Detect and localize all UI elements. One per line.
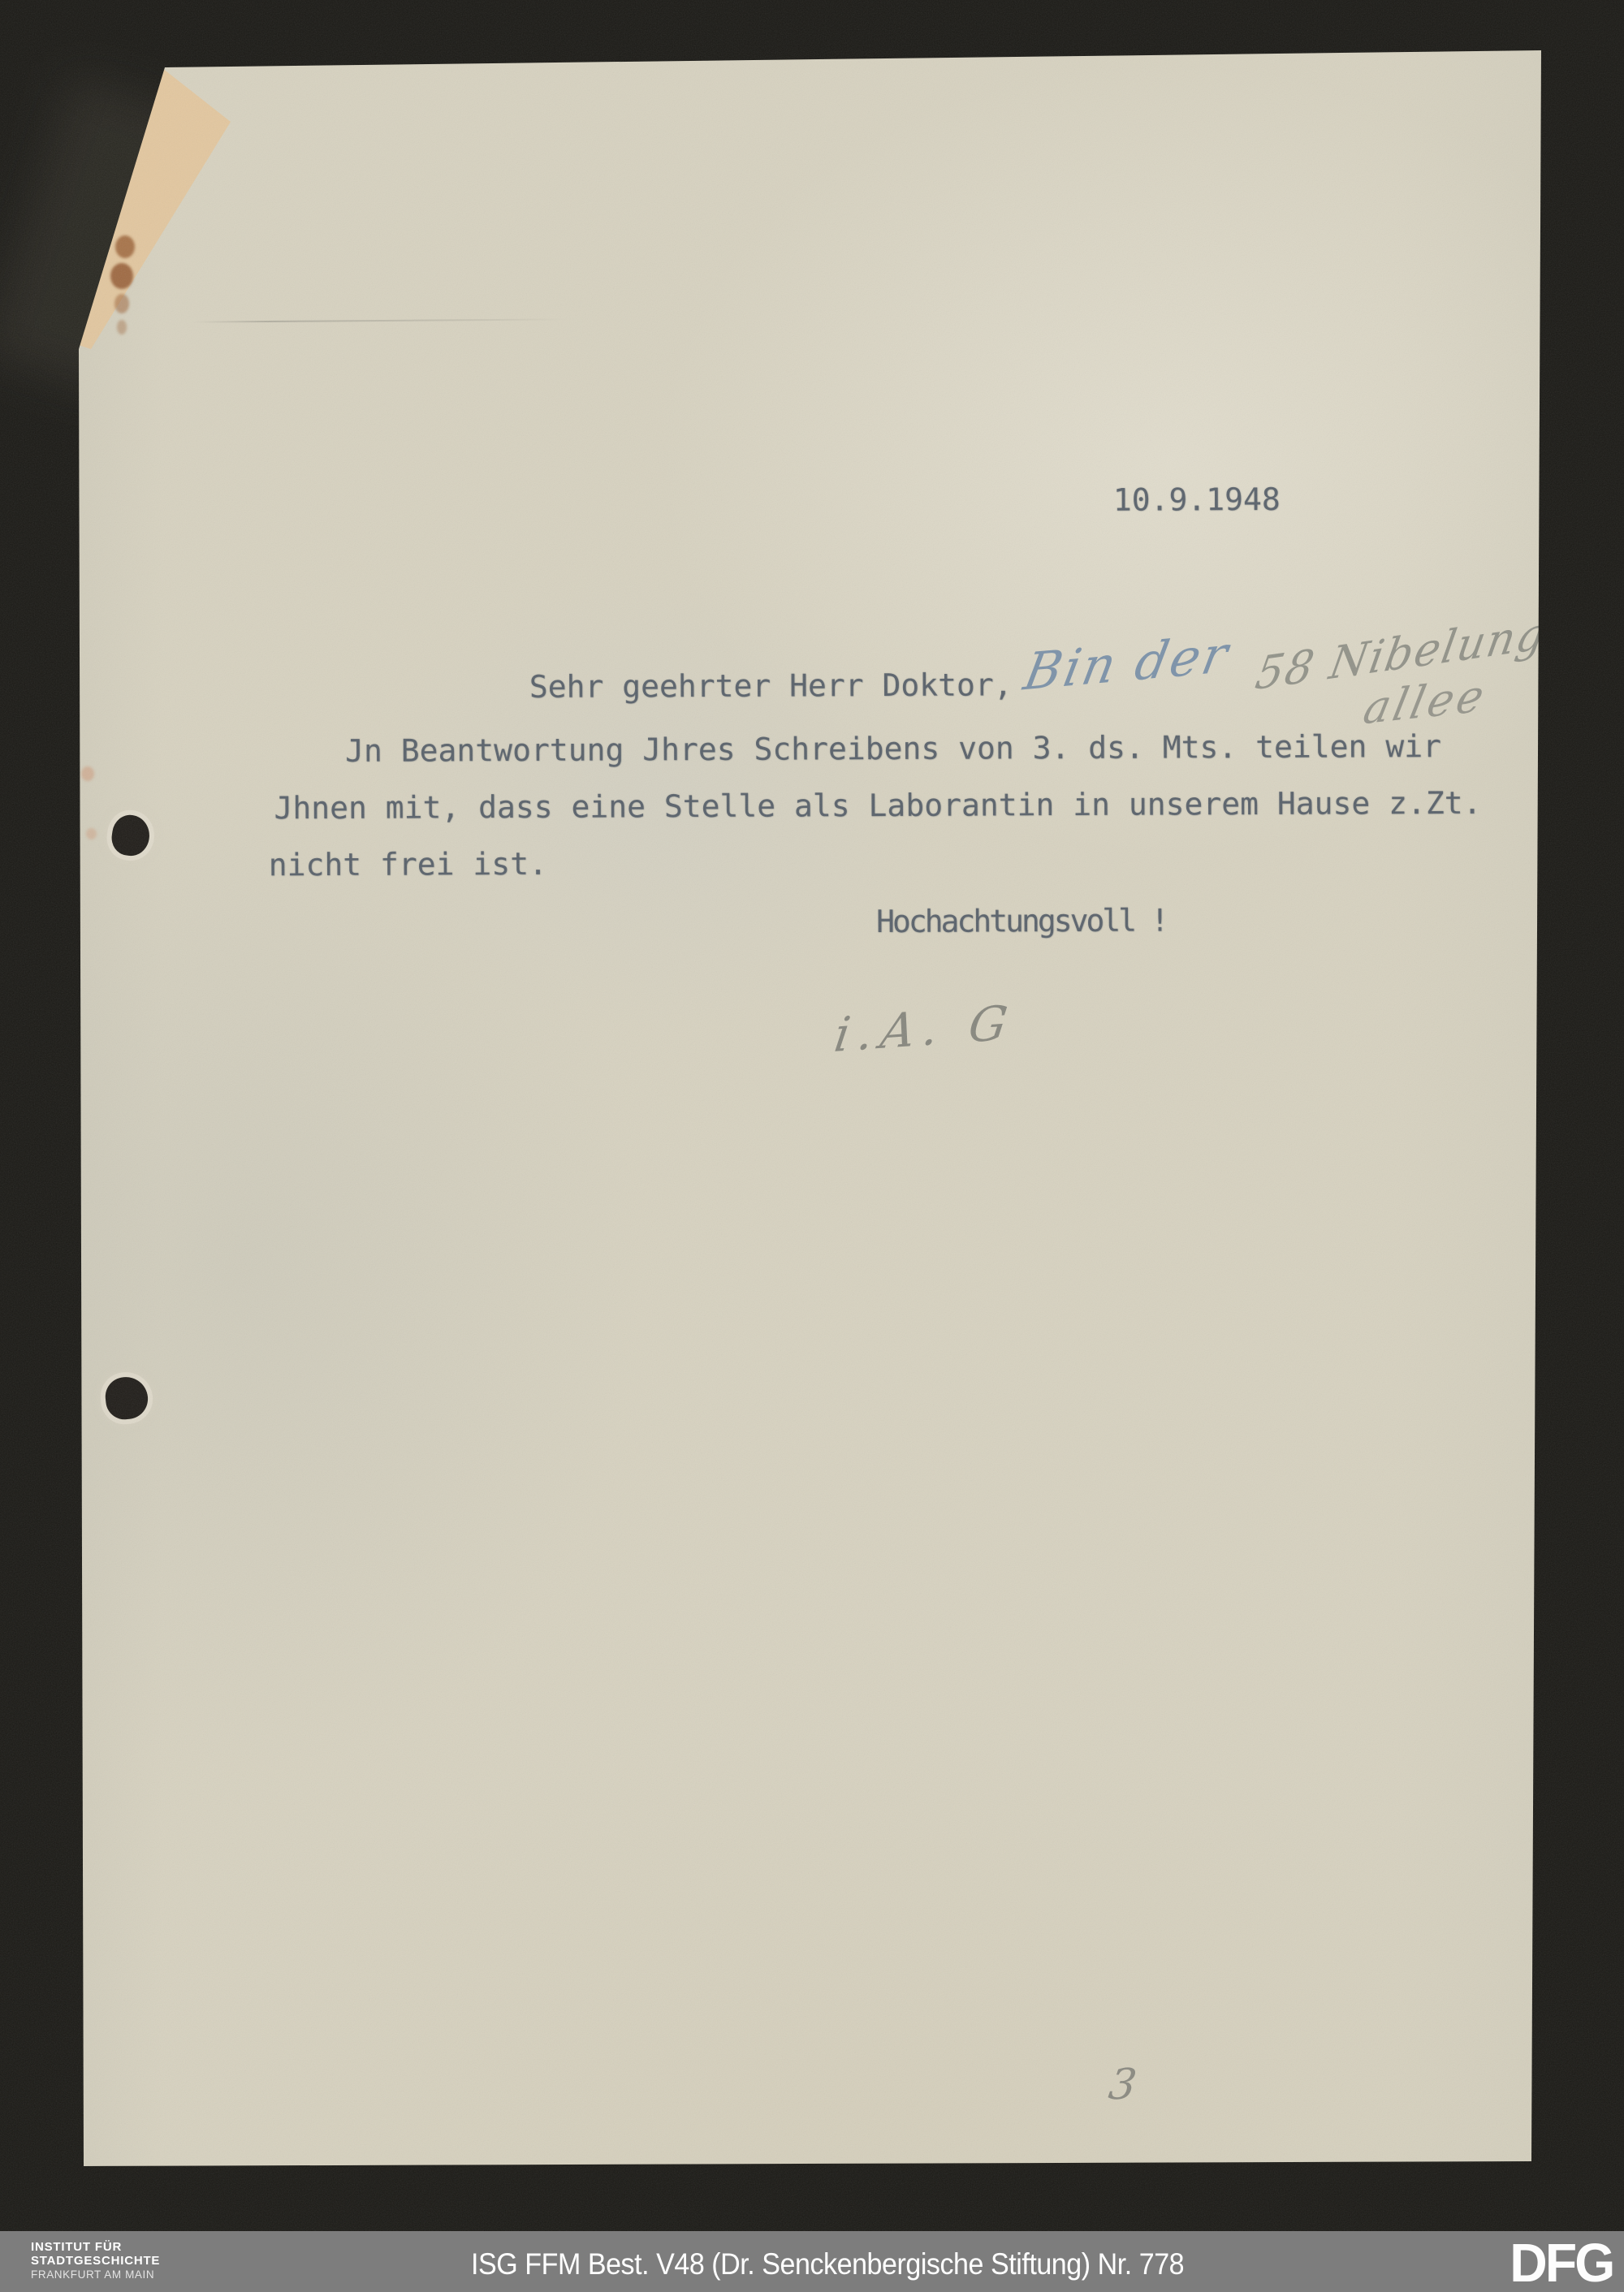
- paper-sheet: 10.9.1948 Sehr geehrter Herr Doktor, Jn …: [0, 0, 1624, 2292]
- institute-name-line-1: INSTITUT FÜR: [31, 2241, 160, 2255]
- footer-reference: ISG FFM Best. V48 (Dr. Senckenbergische …: [471, 2247, 1184, 2281]
- handwritten-initials: i.A. G: [831, 999, 1018, 1059]
- scan-background: 10.9.1948 Sehr geehrter Herr Doktor, Jn …: [0, 0, 1624, 2292]
- typed-body-line-1: Jn Beantwortung Jhres Schreibens von 3. …: [345, 731, 1441, 766]
- typed-closing: Hochachtungsvoll !: [876, 904, 1167, 937]
- footer-institute: INSTITUT FÜR STADTGESCHICHTE FRANKFURT A…: [31, 2241, 160, 2281]
- handwritten-address-line-2: allee: [1360, 673, 1492, 731]
- typed-date: 10.9.1948: [1113, 484, 1281, 516]
- footer-bar: INSTITUT FÜR STADTGESCHICHTE FRANKFURT A…: [0, 2231, 1624, 2292]
- dfg-logo: DFG: [1510, 2232, 1613, 2292]
- typed-salutation: Sehr geehrter Herr Doktor,: [529, 669, 1013, 702]
- typed-body-line-2: Jhnen mit, dass eine Stelle als Laborant…: [274, 788, 1481, 823]
- typed-body-line-3: nicht frei ist.: [269, 848, 547, 880]
- institute-name-line-3: FRANKFURT AM MAIN: [31, 2268, 160, 2281]
- institute-name-line-2: STADTGESCHICHTE: [31, 2255, 160, 2268]
- typed-text-block: 10.9.1948 Sehr geehrter Herr Doktor, Jn …: [0, 0, 1624, 2292]
